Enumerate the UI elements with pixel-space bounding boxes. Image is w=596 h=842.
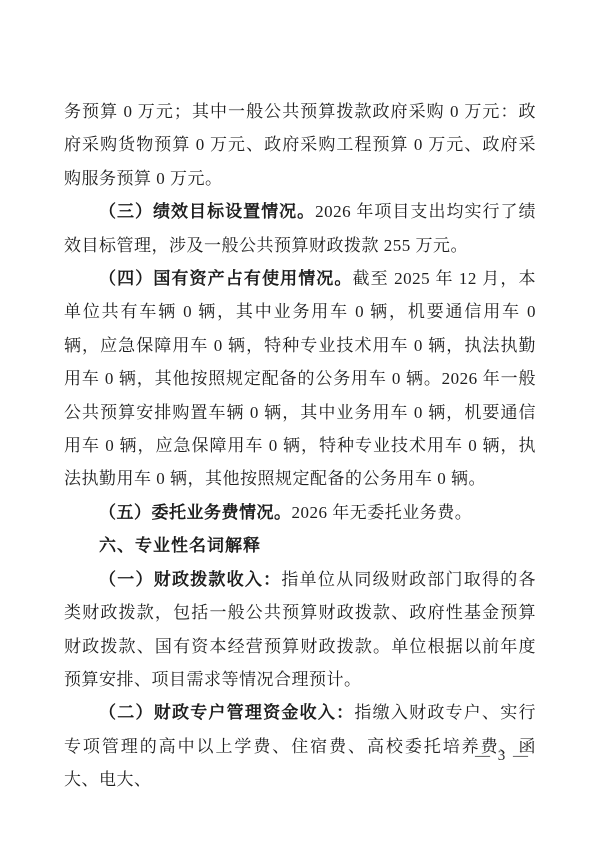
paragraph-lead: 六、专业性名词解释 <box>99 536 261 555</box>
paragraph: 务预算 0 万元；其中一般公共预算拨款政府采购 0 万元：政府采购货物预算 0 … <box>64 95 536 195</box>
document-page: 务预算 0 万元；其中一般公共预算拨款政府采购 0 万元：政府采购货物预算 0 … <box>0 0 596 842</box>
paragraph-lead: （五）委托业务费情况。 <box>99 503 292 522</box>
section-heading: 六、专业性名词解释 <box>64 529 536 562</box>
document-body: 务预算 0 万元；其中一般公共预算拨款政府采购 0 万元：政府采购货物预算 0 … <box>64 95 536 797</box>
paragraph-text: 务预算 0 万元；其中一般公共预算拨款政府采购 0 万元：政府采购货物预算 0 … <box>64 102 536 188</box>
paragraph-lead: （三）绩效目标设置情况。 <box>99 202 315 221</box>
paragraph: （四）国有资产占有使用情况。截至 2025 年 12 月，本单位共有车辆 0 辆… <box>64 262 536 496</box>
paragraph-text: 2026 年无委托业务费。 <box>292 503 473 522</box>
paragraph: （五）委托业务费情况。2026 年无委托业务费。 <box>64 496 536 529</box>
paragraph-text: 截至 2025 年 12 月，本单位共有车辆 0 辆，其中业务用车 0 辆，机要… <box>64 269 536 488</box>
paragraph: （二）财政专户管理资金收入：指缴入财政专户、实行专项管理的高中以上学费、住宿费、… <box>64 696 536 796</box>
paragraph-lead: （四）国有资产占有使用情况。 <box>99 269 353 288</box>
paragraph-lead: （二）财政专户管理资金收入： <box>99 703 354 722</box>
paragraph-lead: （一）财政拨款收入： <box>99 570 281 589</box>
page-number: — 3 — <box>475 746 530 766</box>
paragraph: （三）绩效目标设置情况。2026 年项目支出均实行了绩效目标管理，涉及一般公共预… <box>64 195 536 262</box>
paragraph: （一）财政拨款收入：指单位从同级财政部门取得的各类财政拨款，包括一般公共预算财政… <box>64 563 536 697</box>
